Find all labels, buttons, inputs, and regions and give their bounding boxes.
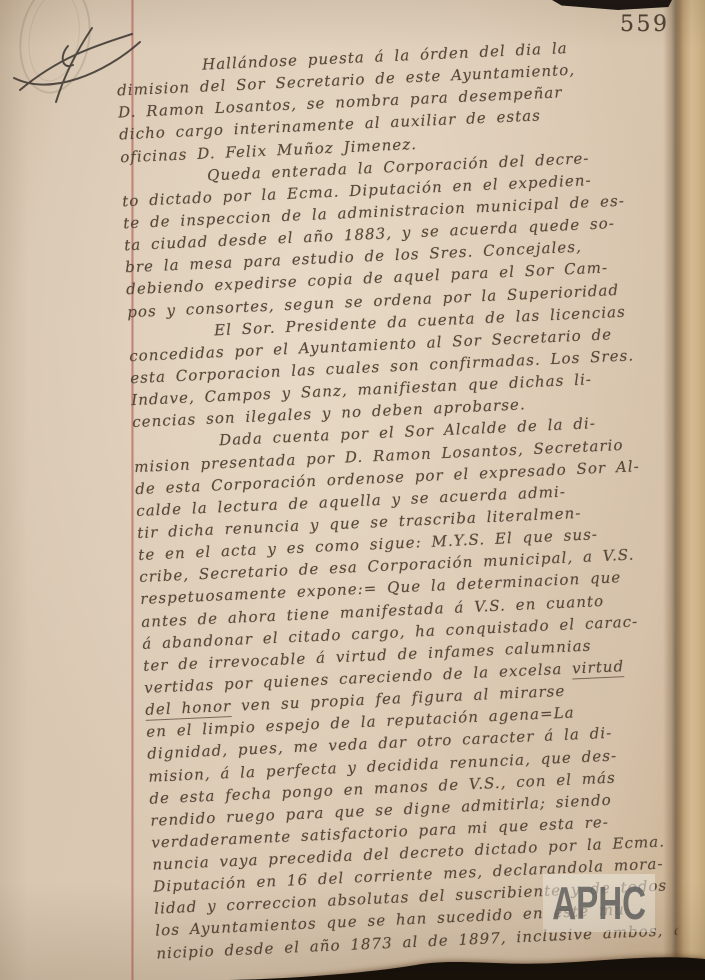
manuscript-page: 559 Hallándose puesta á la órden del dia… — [0, 0, 705, 980]
bottom-shadow — [228, 950, 705, 980]
top-right-shadow — [552, 0, 672, 10]
manuscript-underlined-text: virtud — [572, 657, 625, 679]
watermark-badge: APHC — [543, 874, 655, 932]
watermark-label: APHC — [552, 876, 646, 930]
page-edge-right — [663, 0, 705, 980]
manuscript-text: Hallándose puesta á la órden del dia lad… — [116, 33, 689, 964]
